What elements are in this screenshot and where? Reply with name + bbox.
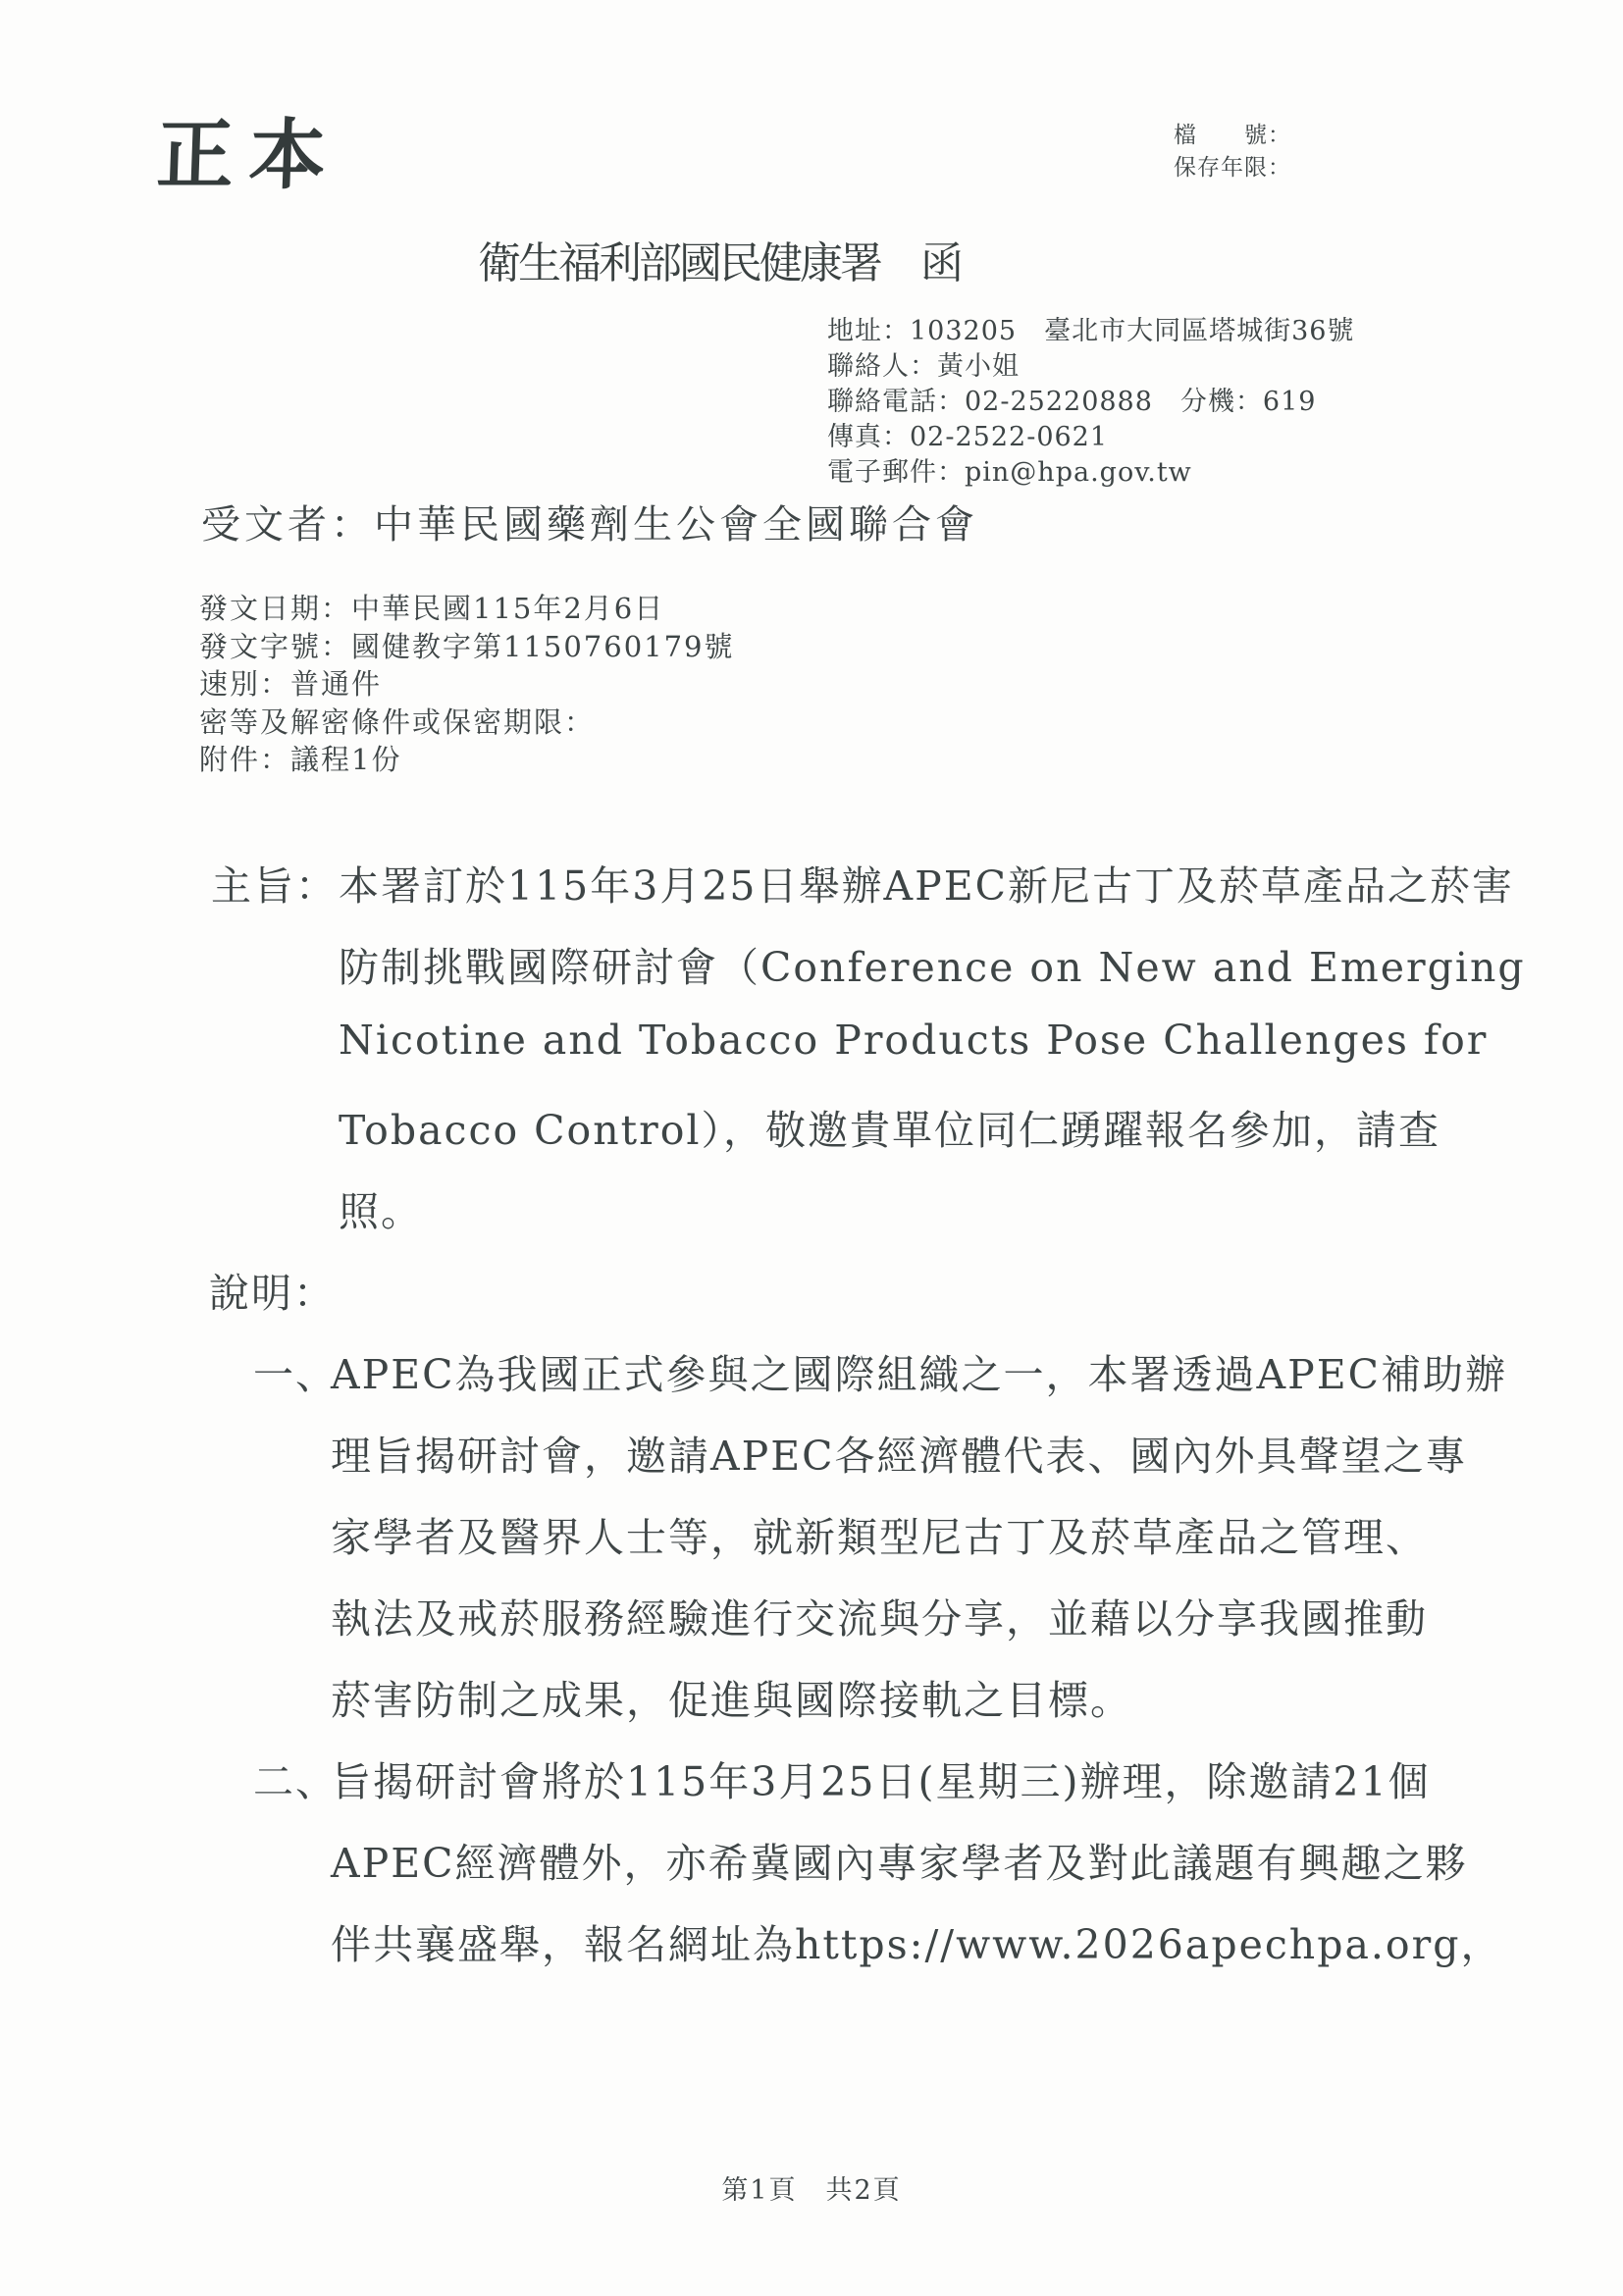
sender-contact-block: 地址：103205 臺北市大同區塔城街36號 聯絡人：黃小姐 聯絡電話：02-2… <box>827 314 1354 491</box>
sender-address: 地址：103205 臺北市大同區塔城街36號 <box>827 314 1354 349</box>
explanation-item-line: 執法及戒菸服務經驗進行交流與分享，並藉以分享我國推動 <box>331 1587 1428 1644</box>
explanation-label: 說明： <box>209 1261 336 1319</box>
file-number-label: 檔 號： <box>1174 120 1291 152</box>
explanation-item-line: 家學者及醫界人士等，就新類型尼古丁及菸草產品之管理、 <box>331 1505 1428 1563</box>
sender-fax: 傳真：02-2522-0621 <box>827 420 1354 455</box>
subject-line: Nicotine and Tobacco Products Pose Chall… <box>339 1017 1488 1064</box>
file-info-box: 檔 號： 保存年限： <box>1174 120 1291 184</box>
explanation-item-line: 旨揭研討會將於115年3月25日(星期三)辦理，除邀請21個 <box>331 1749 1431 1807</box>
explanation-item-line: APEC經濟體外，亦希冀國內專家學者及對此議題有興趣之夥 <box>331 1831 1468 1889</box>
sender-email: 電子郵件：pin@hpa.gov.tw <box>827 455 1354 491</box>
explanation-item-line: APEC為我國正式參與之國際組織之一，本署透過APEC補助辦 <box>331 1342 1507 1400</box>
subject-line: 照。 <box>339 1179 423 1237</box>
recipient-line: 受文者：中華民國藥劑生公會全國聯合會 <box>201 494 978 549</box>
explanation-item-line: 理旨揭研討會，邀請APEC各經濟體代表、國內外具聲望之專 <box>331 1424 1468 1482</box>
copy-type-stamp: 正本 <box>155 94 343 204</box>
dispatch-date: 發文日期：中華民國115年2月6日 <box>199 590 735 628</box>
explanation-item-number: 一、 <box>253 1342 338 1400</box>
subject-line: Tobacco Control），敬邀貴單位同仁踴躍報名參加，請查 <box>339 1098 1440 1156</box>
explanation-item-line: 菸害防制之成果，促進與國際接軌之目標。 <box>331 1668 1132 1726</box>
subject-label: 主旨： <box>211 854 338 912</box>
dispatch-number: 發文字號：國健教字第1150760179號 <box>199 628 735 666</box>
subject-line: 防制挑戰國際研討會（Conference on New and Emerging <box>339 935 1526 993</box>
explanation-item-line: 伴共襄盛舉，報名網址為https://www.2026apechpa.org， <box>331 1912 1502 1970</box>
sender-phone: 聯絡電話：02-25220888 分機：619 <box>827 385 1354 420</box>
dispatch-attachment: 附件：議程1份 <box>199 741 735 779</box>
retention-period-label: 保存年限： <box>1174 152 1291 184</box>
document-title: 衛生福利部國民健康署 函 <box>478 228 961 290</box>
dispatch-speed: 速別：普通件 <box>199 665 735 704</box>
page-number-footer: 第1頁 共2頁 <box>0 2168 1623 2207</box>
dispatch-meta-block: 發文日期：中華民國115年2月6日 發文字號：國健教字第1150760179號 … <box>199 590 735 779</box>
sender-contact-person: 聯絡人：黃小姐 <box>827 349 1354 385</box>
dispatch-security: 密等及解密條件或保密期限： <box>199 704 735 742</box>
official-letter-page: 正本 檔 號： 保存年限： 衛生福利部國民健康署 函 地址：103205 臺北市… <box>0 0 1623 2296</box>
explanation-item-number: 二、 <box>253 1749 338 1807</box>
subject-line: 本署訂於115年3月25日舉辦APEC新尼古丁及菸草產品之菸害 <box>339 854 1514 912</box>
